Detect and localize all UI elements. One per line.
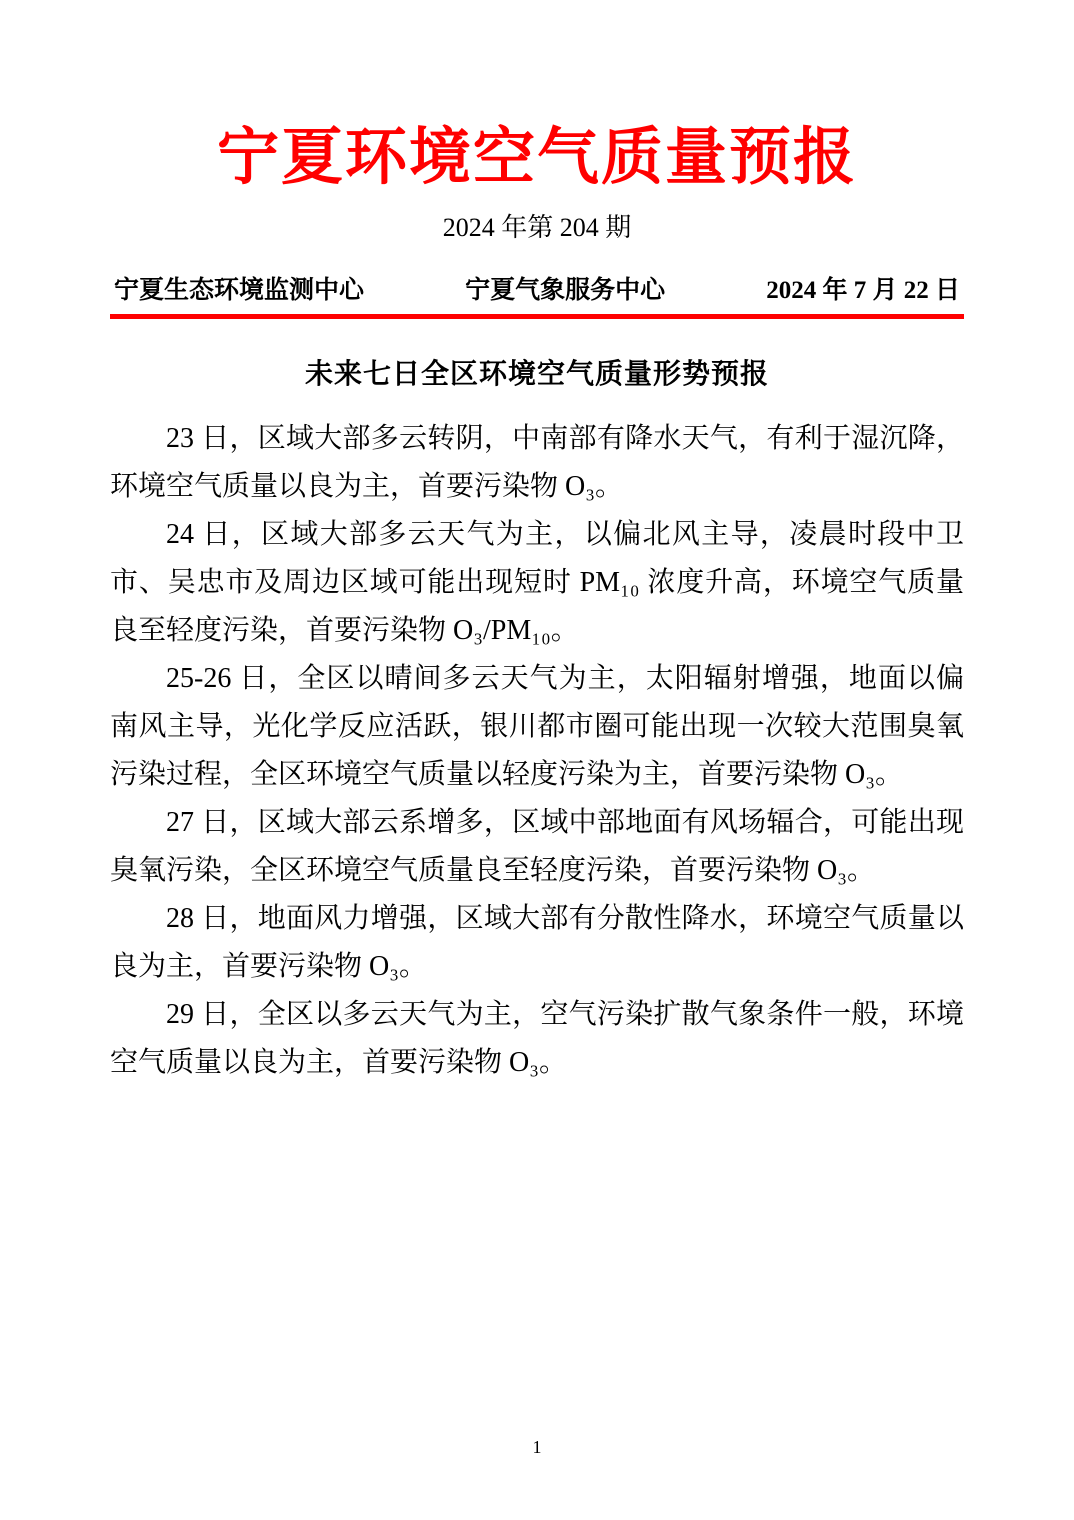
- issue-date: 2024 年 7 月 22 日: [766, 270, 960, 306]
- document-title: 宁夏环境空气质量预报: [110, 118, 964, 198]
- issuing-org-left: 宁夏生态环境监测中心: [114, 270, 364, 306]
- forecast-paragraph-day27: 27 日，区域大部云系增多，区域中部地面有风场辐合，可能出现臭氧污染，全区环境空…: [110, 799, 964, 895]
- red-divider-rule: [110, 314, 964, 319]
- forecast-body: 23 日，区域大部多云转阴，中南部有降水天气，有利于湿沉降，环境空气质量以良为主…: [110, 415, 964, 1087]
- forecast-paragraph-day23: 23 日，区域大部多云转阴，中南部有降水天气，有利于湿沉降，环境空气质量以良为主…: [110, 415, 964, 511]
- issuing-org-center: 宁夏气象服务中心: [465, 270, 665, 306]
- forecast-paragraph-day25-26: 25-26 日，全区以晴间多云天气为主，太阳辐射增强，地面以偏南风主导，光化学反…: [110, 655, 964, 799]
- forecast-paragraph-day24: 24 日，区域大部多云天气为主，以偏北风主导，凌晨时段中卫市、吴忠市及周边区域可…: [110, 511, 964, 655]
- page-number: 1: [0, 1436, 1074, 1458]
- forecast-paragraph-day28: 28 日，地面风力增强，区域大部有分散性降水，环境空气质量以良为主，首要污染物 …: [110, 895, 964, 991]
- section-title: 未来七日全区环境空气质量形势预报: [110, 357, 964, 393]
- forecast-paragraph-day29: 29 日，全区以多云天气为主，空气污染扩散气象条件一般，环境空气质量以良为主，首…: [110, 991, 964, 1087]
- issue-number-line: 2024 年第 204 期: [110, 212, 964, 244]
- document-page: 宁夏环境空气质量预报 2024 年第 204 期 宁夏生态环境监测中心 宁夏气象…: [0, 0, 1074, 1520]
- masthead-row: 宁夏生态环境监测中心 宁夏气象服务中心 2024 年 7 月 22 日: [110, 270, 964, 306]
